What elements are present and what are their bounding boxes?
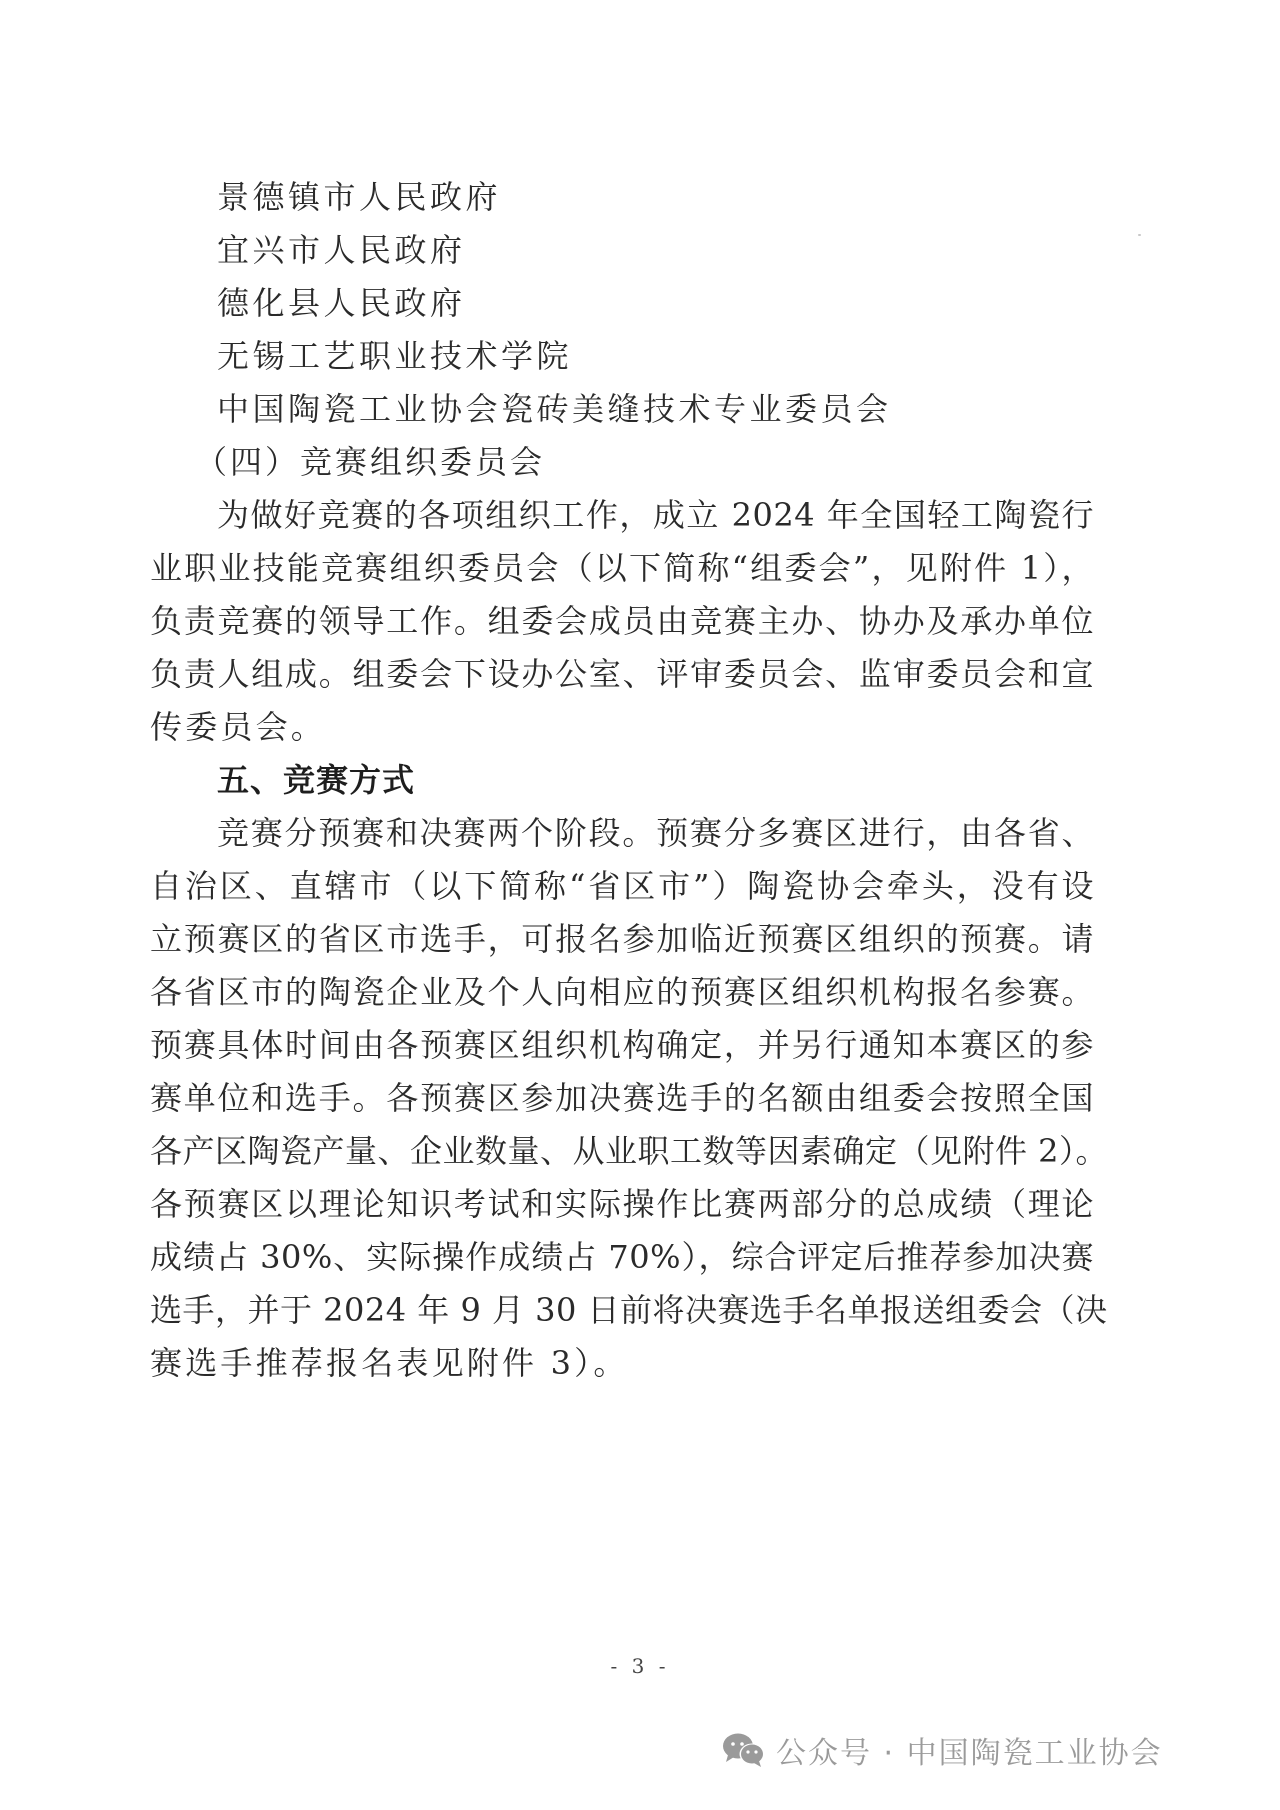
organizer-item: 景德镇市人民政府: [217, 171, 501, 224]
watermark-text: 公众号 · 中国陶瓷工业协会: [776, 1728, 1163, 1772]
paragraph-line: 选手，并于 2024 年 9 月 30 日前将决赛选手名单报送组委会（决: [150, 1284, 1094, 1337]
paragraph-line: 各预赛区以理论知识考试和实际操作比赛两部分的总成绩（理论: [150, 1178, 1094, 1231]
paragraph-line: 负责竞赛的领导工作。组委会成员由竞赛主办、协办及承办单位: [150, 595, 1094, 648]
wechat-watermark: 公众号 · 中国陶瓷工业协会: [722, 1728, 1163, 1772]
paragraph-line: 竞赛分预赛和决赛两个阶段。预赛分多赛区进行，由各省、: [217, 807, 1094, 860]
organizer-item: 德化县人民政府: [217, 277, 466, 330]
paragraph-line: 各产区陶瓷产量、企业数量、从业职工数等因素确定（见附件 2）。: [150, 1125, 1094, 1178]
page-number: - 3 -: [0, 1654, 1280, 1678]
wechat-icon: [722, 1732, 766, 1768]
paragraph-line: 自治区、直辖市（以下简称“省区市”）陶瓷协会牵头，没有设: [150, 860, 1094, 913]
paragraph-line: 立预赛区的省区市选手，可报名参加临近预赛区组织的预赛。请: [150, 913, 1094, 966]
paragraph-line: 负责人组成。组委会下设办公室、评审委员会、监审委员会和宣: [150, 648, 1094, 701]
paragraph-line: 成绩占 30%、实际操作成绩占 70%），综合评定后推荐参加决赛: [150, 1231, 1094, 1284]
paragraph-line: 赛单位和选手。各预赛区参加决赛选手的名额由组委会按照全国: [150, 1072, 1094, 1125]
paragraph-line: 赛选手推荐报名表见附件 3）。: [150, 1337, 629, 1390]
paragraph-line: 预赛具体时间由各预赛区组织机构确定，并另行通知本赛区的参: [150, 1019, 1094, 1072]
document-page: 景德镇市人民政府 宜兴市人民政府 德化县人民政府 无锡工艺职业技术学院 中国陶瓷…: [0, 0, 1280, 1810]
organizer-item: 宜兴市人民政府: [217, 224, 466, 277]
organizer-item: 中国陶瓷工业协会瓷砖美缝技术专业委员会: [217, 383, 892, 436]
paragraph-line: 传委员会。: [150, 701, 326, 754]
section-heading: 五、竞赛方式: [217, 754, 415, 807]
organizer-item: 无锡工艺职业技术学院: [217, 330, 572, 383]
paragraph-line: 为做好竞赛的各项组织工作，成立 2024 年全国轻工陶瓷行: [217, 489, 1094, 542]
subsection-title: （四）竞赛组织委员会: [195, 436, 545, 489]
paragraph-line: 各省区市的陶瓷企业及个人向相应的预赛区组织机构报名参赛。: [150, 966, 1094, 1019]
paragraph-line: 业职业技能竞赛组织委员会（以下简称“组委会”，见附件 1），: [150, 542, 1094, 595]
scan-speck: [1138, 234, 1141, 236]
